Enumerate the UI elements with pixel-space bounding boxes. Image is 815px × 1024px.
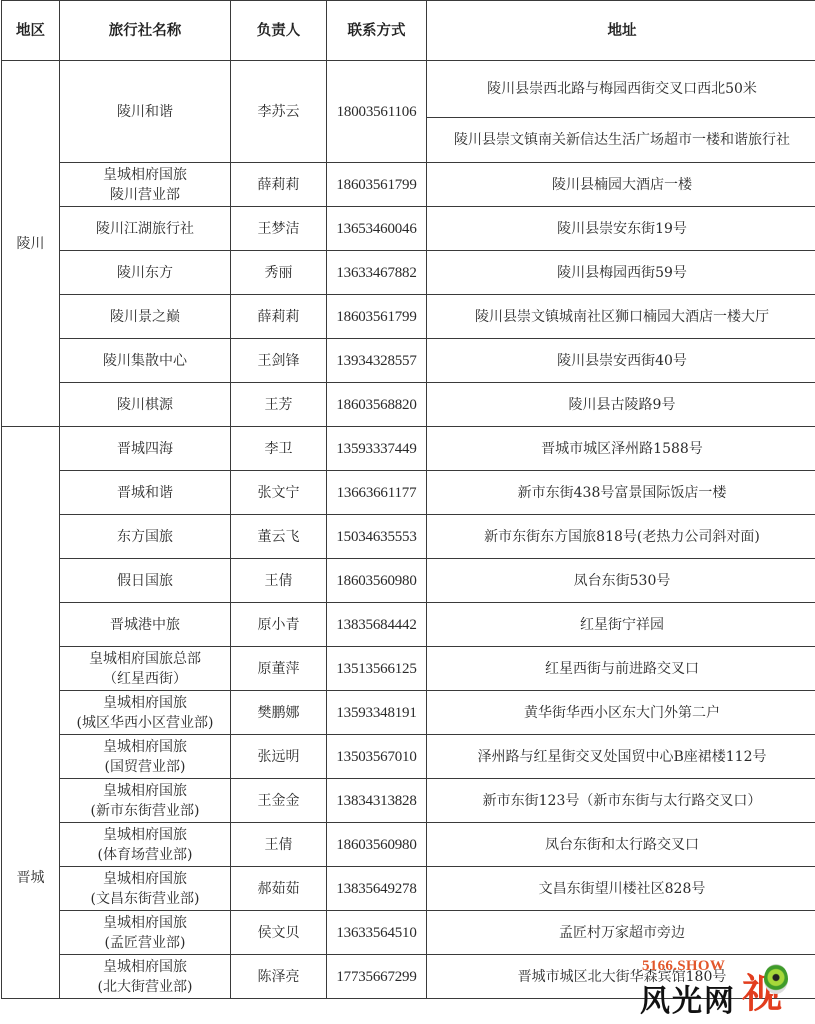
address-cell: 晋城市城区北大街华森宾馆180号: [427, 955, 815, 999]
contact-cell: 王金金: [231, 779, 327, 823]
table-row: 陵川江湖旅行社 王梦洁 13653460046 陵川县崇安东街19号: [2, 207, 815, 251]
header-agency: 旅行社名称: [60, 1, 231, 61]
contact-cell: 薛莉莉: [231, 295, 327, 339]
phone-cell: 13633467882: [327, 251, 427, 295]
agency-cell: 陵川景之巅: [60, 295, 231, 339]
agency-cell: 陵川江湖旅行社: [60, 207, 231, 251]
agency-cell: 皇城相府国旅总部（红星西街）: [60, 647, 231, 691]
region-cell: 晋城: [2, 427, 60, 999]
contact-cell: 董云飞: [231, 515, 327, 559]
agency-cell: 陵川东方: [60, 251, 231, 295]
table-row: 晋城和谐 张文宁 13663661177 新市东街438号富景国际饭店一楼: [2, 471, 815, 515]
contact-cell: 李卫: [231, 427, 327, 471]
address-cell: 红星西街与前进路交叉口: [427, 647, 815, 691]
phone-cell: 13513566125: [327, 647, 427, 691]
region-cell: 陵川: [2, 61, 60, 427]
address-cell: 晋城市城区泽州路1588号: [427, 427, 815, 471]
agency-cell: 陵川集散中心: [60, 339, 231, 383]
table-row: 皇城相府国旅(城区华西小区营业部) 樊鹏娜 13593348191 黄华街华西小…: [2, 691, 815, 735]
table-row: 皇城相府国旅陵川营业部 薛莉莉 18603561799 陵川县楠园大酒店一楼: [2, 163, 815, 207]
agency-name-line1: 皇城相府国旅: [62, 737, 228, 757]
phone-cell: 13835649278: [327, 867, 427, 911]
table-row: 皇城相府国旅(北大街营业部) 陈泽亮 17735667299 晋城市城区北大街华…: [2, 955, 815, 999]
phone-cell: 13593337449: [327, 427, 427, 471]
table-row: 皇城相府国旅总部（红星西街） 原董萍 13513566125 红星西街与前进路交…: [2, 647, 815, 691]
table-row: 陵川集散中心 王剑锋 13934328557 陵川县崇安西街40号: [2, 339, 815, 383]
agency-name-line2: 陵川营业部: [62, 185, 228, 205]
contact-cell: 侯文贝: [231, 911, 327, 955]
contact-cell: 薛莉莉: [231, 163, 327, 207]
agency-name-line2: (体育场营业部): [62, 845, 228, 865]
contact-cell: 秀丽: [231, 251, 327, 295]
contact-cell: 王倩: [231, 823, 327, 867]
contact-cell: 王梦洁: [231, 207, 327, 251]
agency-cell: 陵川棋源: [60, 383, 231, 427]
table-row: 晋城 晋城四海 李卫 13593337449 晋城市城区泽州路1588号: [2, 427, 815, 471]
address-cell: 陵川县崇安西街40号: [427, 339, 815, 383]
agency-cell: 晋城港中旅: [60, 603, 231, 647]
phone-cell: 13835684442: [327, 603, 427, 647]
phone-cell: 15034635553: [327, 515, 427, 559]
address-cell: 新市东街438号富景国际饭店一楼: [427, 471, 815, 515]
phone-cell: 18603561799: [327, 295, 427, 339]
address-cell: 红星街宁祥园: [427, 603, 815, 647]
address-cell: 凤台东街和太行路交叉口: [427, 823, 815, 867]
agency-cell: 假日国旅: [60, 559, 231, 603]
agency-name-line2: (北大街营业部): [62, 977, 228, 997]
header-address: 地址: [427, 1, 815, 61]
contact-cell: 原董萍: [231, 647, 327, 691]
contact-cell: 陈泽亮: [231, 955, 327, 999]
phone-cell: 18603568820: [327, 383, 427, 427]
address-cell: 陵川县古陵路9号: [427, 383, 815, 427]
address-cell: 黄华街华西小区东大门外第二户: [427, 691, 815, 735]
address-cell: 新市东街东方国旅818号(老热力公司斜对面): [427, 515, 815, 559]
address-cell: 陵川县崇文镇城南社区狮口楠园大酒店一楼大厅: [427, 295, 815, 339]
contact-cell: 王剑锋: [231, 339, 327, 383]
phone-cell: 18003561106: [327, 61, 427, 163]
table-row: 假日国旅 王倩 18603560980 凤台东街530号: [2, 559, 815, 603]
address-cell: 陵川县崇西北路与梅园西街交叉口西北50米: [427, 61, 815, 118]
agency-name-line1: 皇城相府国旅: [62, 825, 228, 845]
address-cell: 陵川县梅园西街59号: [427, 251, 815, 295]
contact-cell: 王芳: [231, 383, 327, 427]
agency-cell: 东方国旅: [60, 515, 231, 559]
header-phone: 联系方式: [327, 1, 427, 61]
agency-name-line2: (文昌东街营业部): [62, 889, 228, 909]
agency-cell: 皇城相府国旅(文昌东街营业部): [60, 867, 231, 911]
address-cell: 陵川县崇安东街19号: [427, 207, 815, 251]
agency-cell: 皇城相府国旅(孟匠营业部): [60, 911, 231, 955]
table-row: 陵川东方 秀丽 13633467882 陵川县梅园西街59号: [2, 251, 815, 295]
address-cell: 陵川县楠园大酒店一楼: [427, 163, 815, 207]
table-row: 皇城相府国旅(体育场营业部) 王倩 18603560980 凤台东街和太行路交叉…: [2, 823, 815, 867]
address-cell: 陵川县崇文镇南关新信达生活广场超市一楼和谐旅行社: [427, 118, 815, 163]
address-cell: 文昌东街望川楼社区828号: [427, 867, 815, 911]
agency-name-line1: 皇城相府国旅: [62, 869, 228, 889]
agency-cell: 皇城相府国旅(新市东街营业部): [60, 779, 231, 823]
agency-cell: 皇城相府国旅陵川营业部: [60, 163, 231, 207]
header-contact: 负责人: [231, 1, 327, 61]
address-cell: 泽州路与红星街交叉处国贸中心B座裙楼112号: [427, 735, 815, 779]
contact-cell: 李苏云: [231, 61, 327, 163]
agency-cell: 陵川和谐: [60, 61, 231, 163]
table-row: 东方国旅 董云飞 15034635553 新市东街东方国旅818号(老热力公司斜…: [2, 515, 815, 559]
agency-cell: 皇城相府国旅(体育场营业部): [60, 823, 231, 867]
phone-cell: 18603561799: [327, 163, 427, 207]
agency-name-line1: 皇城相府国旅总部: [62, 649, 228, 669]
phone-cell: 13503567010: [327, 735, 427, 779]
table-row: 皇城相府国旅(新市东街营业部) 王金金 13834313828 新市东街123号…: [2, 779, 815, 823]
table-row: 陵川 陵川和谐 李苏云 18003561106 陵川县崇西北路与梅园西街交叉口西…: [2, 61, 815, 118]
agency-name-line1: 皇城相府国旅: [62, 693, 228, 713]
contact-cell: 樊鹏娜: [231, 691, 327, 735]
agency-cell: 晋城和谐: [60, 471, 231, 515]
phone-cell: 13834313828: [327, 779, 427, 823]
contact-cell: 原小青: [231, 603, 327, 647]
table-row: 皇城相府国旅(文昌东街营业部) 郝茹茹 13835649278 文昌东街望川楼社…: [2, 867, 815, 911]
agency-cell: 皇城相府国旅(国贸营业部): [60, 735, 231, 779]
phone-cell: 18603560980: [327, 823, 427, 867]
contact-cell: 张文宁: [231, 471, 327, 515]
agency-name-line1: 皇城相府国旅: [62, 781, 228, 801]
agency-name-line1: 皇城相府国旅: [62, 913, 228, 933]
address-cell: 孟匠村万家超市旁边: [427, 911, 815, 955]
agency-cell: 皇城相府国旅(城区华西小区营业部): [60, 691, 231, 735]
agency-cell: 皇城相府国旅(北大街营业部): [60, 955, 231, 999]
contact-cell: 郝茹茹: [231, 867, 327, 911]
table-row: 陵川景之巅 薛莉莉 18603561799 陵川县崇文镇城南社区狮口楠园大酒店一…: [2, 295, 815, 339]
address-cell: 凤台东街530号: [427, 559, 815, 603]
table-row: 陵川棋源 王芳 18603568820 陵川县古陵路9号: [2, 383, 815, 427]
phone-cell: 17735667299: [327, 955, 427, 999]
travel-agency-table: 地区 旅行社名称 负责人 联系方式 地址 陵川 陵川和谐 李苏云 1800356…: [1, 0, 815, 999]
agency-name-line2: (城区华西小区营业部): [62, 713, 228, 733]
phone-cell: 13653460046: [327, 207, 427, 251]
phone-cell: 13633564510: [327, 911, 427, 955]
header-region: 地区: [2, 1, 60, 61]
contact-cell: 张远明: [231, 735, 327, 779]
table-row: 皇城相府国旅(国贸营业部) 张远明 13503567010 泽州路与红星街交叉处…: [2, 735, 815, 779]
table-row: 皇城相府国旅(孟匠营业部) 侯文贝 13633564510 孟匠村万家超市旁边: [2, 911, 815, 955]
agency-name-line2: (国贸营业部): [62, 757, 228, 777]
address-cell: 新市东街123号（新市东街与太行路交叉口）: [427, 779, 815, 823]
phone-cell: 13663661177: [327, 471, 427, 515]
phone-cell: 13934328557: [327, 339, 427, 383]
phone-cell: 18603560980: [327, 559, 427, 603]
phone-cell: 13593348191: [327, 691, 427, 735]
agency-name-line1: 皇城相府国旅: [62, 957, 228, 977]
contact-cell: 王倩: [231, 559, 327, 603]
table-row: 晋城港中旅 原小青 13835684442 红星街宁祥园: [2, 603, 815, 647]
agency-name-line2: （红星西街）: [62, 669, 228, 689]
agency-cell: 晋城四海: [60, 427, 231, 471]
agency-name-line2: (新市东街营业部): [62, 801, 228, 821]
agency-name-line1: 皇城相府国旅: [62, 165, 228, 185]
header-row: 地区 旅行社名称 负责人 联系方式 地址: [2, 1, 815, 61]
agency-name-line2: (孟匠营业部): [62, 933, 228, 953]
